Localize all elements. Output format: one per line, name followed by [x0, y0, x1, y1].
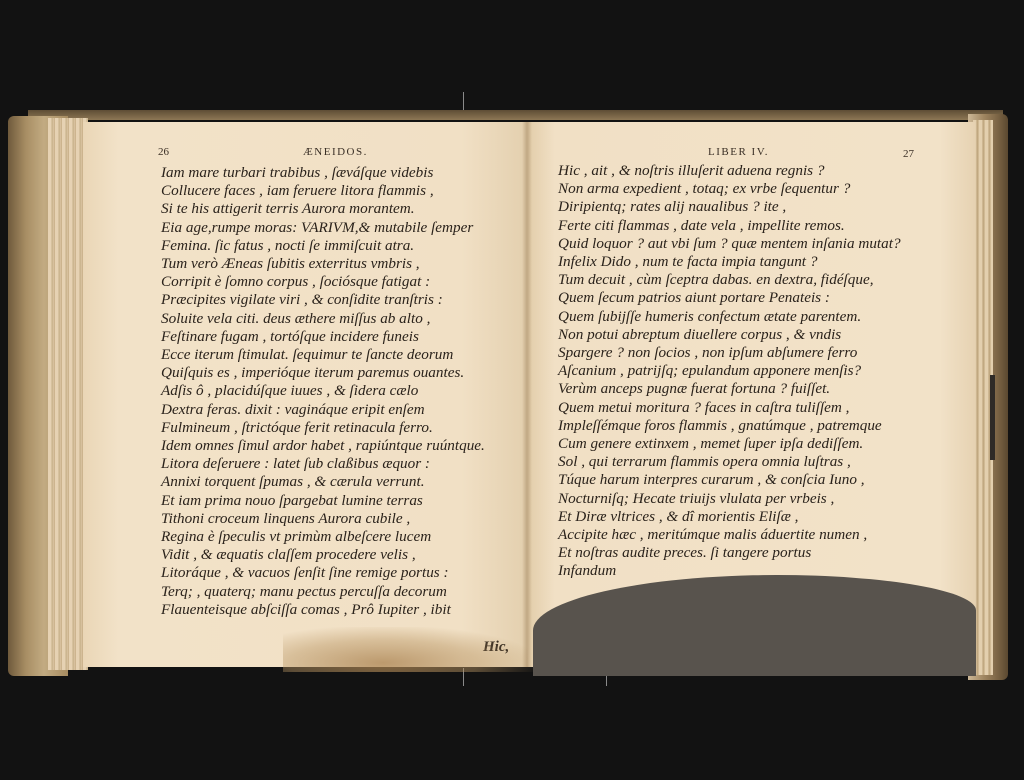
verse-line: Quem ſecum patrios aiunt portare Penatei…	[558, 289, 901, 307]
verse-line: Terq; , quaterq; manu pectus percuſſa de…	[161, 583, 485, 601]
verse-line: Regina è ſpeculis vt primùm albeſcere lu…	[161, 528, 485, 546]
verse-line: Infelix Dido , num te facta impia tangun…	[558, 253, 901, 271]
verse-line: Adſis ô , placidúſque iuues , & ſidera c…	[161, 382, 485, 400]
verse-line: Femina. ſic fatus , nocti ſe immiſcuit a…	[161, 237, 485, 255]
right-running-head: LIBER IV.	[708, 146, 769, 158]
verse-line: Impleſſémque foros flammis , gnatúmque ,…	[558, 417, 901, 435]
book-cover-top	[28, 110, 1003, 120]
verse-line: Et noſtras audite preces. ſi tangere por…	[558, 544, 901, 562]
verse-line: Quid loquor ? aut vbi ſum ? quæ mentem i…	[558, 235, 901, 253]
verse-line: Annixi torquent ſpumas , & cærula verrun…	[161, 473, 485, 491]
verse-line: Eia age,rumpe moras: VARIVM,& mutabile ſ…	[161, 219, 485, 237]
left-page-text: Iam mare turbari trabibus , ſæváſque vid…	[161, 164, 485, 619]
verse-line: Et Diræ vltrices , & dî morientis Eliſæ …	[558, 508, 901, 526]
verse-line: Litoráque , & vacuos ſenſit ſine remige …	[161, 564, 485, 582]
verse-line: Præcipites vigilate viri , & conſidite t…	[161, 291, 485, 309]
verse-line: Iam mare turbari trabibus , ſæváſque vid…	[161, 164, 485, 182]
verse-line: Cum genere extinxem , memet ſuper ipſa d…	[558, 435, 901, 453]
water-stain	[283, 627, 533, 672]
verse-line: Quiſquis es , imperióque iterum paremus …	[161, 364, 485, 382]
verse-line: Collucere faces , iam feruere litora fla…	[161, 182, 485, 200]
verse-line: Hic , ait , & noſtris illuſerit aduena r…	[558, 162, 901, 180]
verse-line: Quem ſubijſſe humeris confectum ætate pa…	[558, 308, 901, 326]
verse-line: Idem omnes ſimul ardor habet , rapiúntqu…	[161, 437, 485, 455]
left-running-head: ÆNEIDOS.	[303, 146, 368, 158]
verse-line: Ecce iterum ſtimulat. ſequimur te ſancte…	[161, 346, 485, 364]
verse-line: Et iam prima nouo ſpargebat lumine terra…	[161, 492, 485, 510]
verse-line: Non arma expedient , totaq; ex vrbe ſequ…	[558, 180, 901, 198]
page-edge-shadow	[990, 375, 995, 460]
verse-line: Spargere ? non ſocios , non ipſum abſume…	[558, 344, 901, 362]
left-page: 26 ÆNEIDOS. Iam mare turbari trabibus , …	[83, 122, 528, 667]
verse-line: Dextra feras. dixit : vagináque eripit e…	[161, 401, 485, 419]
verse-line: Tithoni croceum linquens Aurora cubile ,	[161, 510, 485, 528]
book-gutter	[522, 122, 532, 667]
verse-line: Diripientq; rates alij naualibus ? ite ,	[558, 198, 901, 216]
left-page-number: 26	[158, 146, 169, 158]
verse-line: Litora deſeruere : latet ſub claßibus æq…	[161, 455, 485, 473]
verse-line: Tum verò Æneas ſubitis exterritus vmbris…	[161, 255, 485, 273]
verse-line: Feſtinare fugam , tortóſque incidere fun…	[161, 328, 485, 346]
verse-line: Tum decuit , cùm ſceptra dabas. en dextr…	[558, 271, 901, 289]
right-page-text: Hic , ait , & noſtris illuſerit aduena r…	[558, 162, 901, 581]
verse-line: Ferte citi flammas , date vela , impelli…	[558, 217, 901, 235]
verse-line: Si te his attigerit terris Aurora morant…	[161, 200, 485, 218]
verse-line: Corripit è ſomno corpus , ſociósque fati…	[161, 273, 485, 291]
verse-line: Vidit , & æquatis claſſem procedere veli…	[161, 546, 485, 564]
verse-line: Quem metui moritura ? faces in caſtra tu…	[558, 399, 901, 417]
verse-line: Non potui abreptum diuellere corpus , & …	[558, 326, 901, 344]
verse-line: Verùm anceps pugnæ fuerat fortuna ? fuiſ…	[558, 380, 901, 398]
page-edges-left	[48, 118, 88, 670]
registration-tick-top	[463, 92, 464, 110]
verse-line: Fulmineum , ſtrictóque ferit retinacula …	[161, 419, 485, 437]
verse-line: Soluite vela citi. deus æthere miſſus ab…	[161, 310, 485, 328]
verse-line: Accipite hæc , meritúmque malis áduertit…	[558, 526, 901, 544]
verse-line: Nocturniſq; Hecate triuijs vlulata per v…	[558, 490, 901, 508]
verse-line: Aſcanium , patrijſq; epulandum apponere …	[558, 362, 901, 380]
right-page-number: 27	[903, 148, 914, 160]
verse-line: Flauenteisque abſciſſa comas , Prô Iupit…	[161, 601, 485, 619]
verse-line: Sol , qui terrarum flammis opera omnia l…	[558, 453, 901, 471]
verse-line: Túque harum interpres curarum , & conſci…	[558, 471, 901, 489]
